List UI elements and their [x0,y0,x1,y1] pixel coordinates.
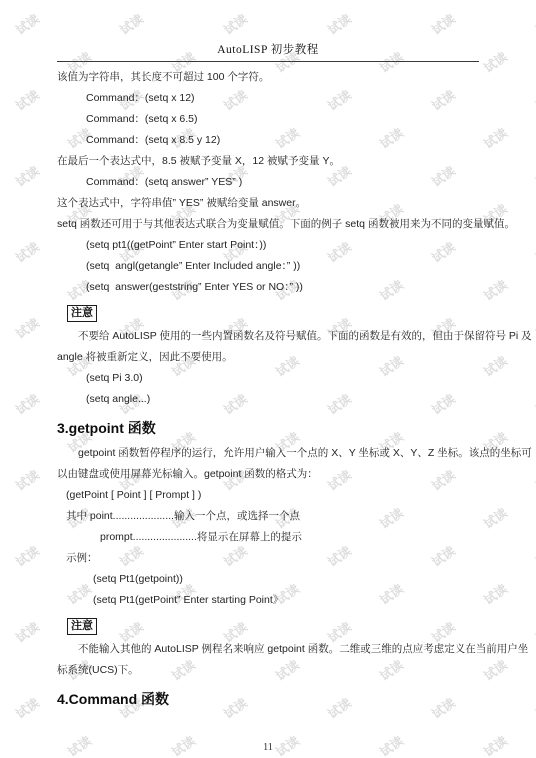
code-line: Command：(setq answer” YES” ) [86,172,479,193]
code-line: (setq Pi 3.0) [86,368,479,389]
example-label: 示例： [66,548,479,569]
code-line: (getPoint [ Point ] [ Prompt ] ) [66,485,479,506]
paragraph: 这个表达式中，字符串值” YES” 被赋给变量 answer。 [57,193,479,214]
paragraph: 该值为字符串，其长度不可超过 100 个字符。 [57,67,479,88]
page-footer: 11 [57,742,479,753]
paragraph: angle 将被重新定义，因此不要使用。 [57,347,479,368]
body-text: 该值为字符串，其长度不可超过 100 个字符。 Command：(setq x … [57,67,479,710]
note-badge: 注意 [67,305,97,322]
definition-line: prompt......................将显示在屏幕上的提示 [100,527,479,548]
section-heading-command: 4.Command 函数 [57,688,479,710]
section-heading-getpoint: 3.getpoint 函数 [57,417,479,439]
paragraph: 以由键盘或使用屏幕光标输入。getpoint 函数的格式为： [57,464,479,485]
note-badge-row: 注意 [67,303,479,322]
page-header: AutoLISP 初步教程 [57,44,479,62]
note-badge-row: 注意 [67,616,479,635]
paragraph: setq 函数还可用于与其他表达式联合为变量赋值。下面的例子 setq 函数被用… [57,214,479,235]
code-line: Command：(setq x 6.5) [86,109,479,130]
document-page: 试读 试读 AutoLISP 初步教程 该值为字符串，其长度不可超过 100 个… [0,0,536,758]
paragraph: getpoint 函数暂停程序的运行，允许用户输入一个点的 X、Y 坐标或 X、… [78,443,479,464]
header-rule [57,61,479,62]
paragraph: 不能输入其他的 AutoLISP 例程名来响应 getpoint 函数。二维或三… [78,639,479,660]
code-line: Command：(setq x 12) [86,88,479,109]
code-line: (setq answer(geststring” Enter YES or NO… [86,277,479,298]
page-content: AutoLISP 初步教程 该值为字符串，其长度不可超过 100 个字符。 Co… [0,0,536,753]
note-badge: 注意 [67,618,97,635]
code-line: (setq angl(getangle” Enter Included angl… [86,256,479,277]
paragraph: 在最后一个表达式中，8.5 被赋予变量 X，12 被赋予变量 Y。 [57,151,479,172]
page-number: 11 [263,742,273,753]
code-line: (setq Pt1(getPoint” Enter starting Point… [93,590,479,611]
code-line: (setq pt1((getPoint” Enter start Point：)… [86,235,479,256]
code-line: (setq angle...) [86,389,479,410]
document-title: AutoLISP 初步教程 [57,44,479,57]
code-line: Command：(setq x 8.5 y 12) [86,130,479,151]
definition-line: 其中 point.....................输入一个点，或选择一个… [66,506,479,527]
code-line: (setq Pt1(getpoint)) [93,569,479,590]
paragraph: 标系统(UCS)下。 [57,660,479,681]
paragraph: 不要给 AutoLISP 使用的一些内置函数名及符号赋值。下面的函数是有效的，但… [78,326,479,347]
